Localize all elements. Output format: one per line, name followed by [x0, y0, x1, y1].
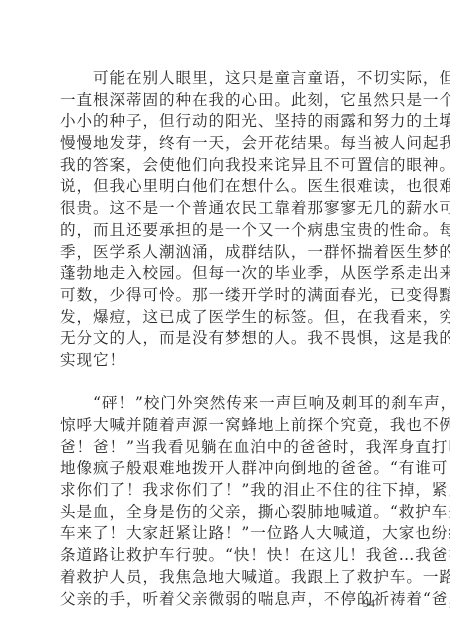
text-line: 实现它！	[60, 350, 396, 372]
text-line: 季，医学系人潮汹涌，成群结队，一群怀揣着医生梦的学子们朝气	[60, 242, 396, 264]
text-line: 发，爆痘，这已成了医学生的标签。但，在我看来，穷人并不是身	[60, 307, 396, 329]
text-line: 惊呼大喊并随着声源一窝蜂地上前探个究竟，我也不例外。“啊！	[60, 415, 396, 437]
text-line: 车来了！大家赶紧让路！”一位路人大喊道，大家也纷纷的让出一	[60, 523, 396, 545]
text-line: 小小的种子，但行动的阳光、坚持的雨露和努力的土壤，将会让它	[60, 111, 396, 133]
text-line: 无分文的人，而是没有梦想的人。我不畏惧，这是我的梦想，我要	[60, 328, 396, 350]
text-line: 慢慢地发芽，终有一天，会开花结果。每当被人问起我的梦想时，	[60, 133, 396, 155]
text-line: 很贵。这不是一个普通农民工靠着那寥寥无几的薪水可以负担得起	[60, 198, 396, 220]
text-line: 说，但我心里明白他们在想什么。医生很难读，也很难当，学费也	[60, 176, 396, 198]
text-line: “砰！”校门外突然传来一声巨响及刺耳的刹车声，路人们都	[60, 393, 396, 415]
paragraph-1: 可能在别人眼里，这只是童言童语，不切实际，但这个梦想 一直根深蒂固的种在我的心田…	[60, 68, 396, 372]
text-line: 我的答案，会使他们向我投来诧异且不可置信的眼神。他们嘴上不	[60, 155, 396, 177]
text-line: 条道路让救护车行驶。“快！快！在这儿！我爸…我爸在这儿！”看	[60, 545, 396, 567]
text-line: 蓬勃地走入校园。但每一次的毕业季，从医学系走出来的学生屈指	[60, 263, 396, 285]
text-line: 可数，少得可怜。那一缕开学时的满面春光，已变得黯然失色，脱	[60, 285, 396, 307]
book-page: 可能在别人眼里，这只是童言童语，不切实际，但这个梦想 一直根深蒂固的种在我的心田…	[0, 0, 450, 640]
text-line: 头是血，全身是伤的父亲，撕心裂肺地喊道。“救护车来了！救护	[60, 502, 396, 524]
text-line: 着救护人员，我焦急地大喊道。我跟上了救护车。一路上我紧握着	[60, 567, 396, 589]
text-line: 求你们了！我求你们了！”我的泪止不住的往下掉，紧紧的抱着满	[60, 480, 396, 502]
text-line: 一直根深蒂固的种在我的心田。此刻，它虽然只是一个想法，一颗	[60, 90, 396, 112]
body-text: 可能在别人眼里，这只是童言童语，不切实际，但这个梦想 一直根深蒂固的种在我的心田…	[60, 68, 396, 610]
page-number: 94	[363, 596, 375, 611]
text-line: 父亲的手，听着父亲微弱的喘息声，不停的祈祷着“爸，你一定会	[60, 589, 396, 611]
paragraph-2: “砰！”校门外突然传来一声巨响及刺耳的刹车声，路人们都 惊呼大喊并随着声源一窝蜂…	[60, 393, 396, 610]
text-line: 的，而且还要承担的是一个又一个病患宝贵的性命。每一次的开学	[60, 220, 396, 242]
text-line: 可能在别人眼里，这只是童言童语，不切实际，但这个梦想	[60, 68, 396, 90]
text-line: 爸！爸！”当我看见躺在血泊中的爸爸时，我浑身直打哆嗦，惊惧	[60, 437, 396, 459]
text-line: 地像疯子般艰难地拨开人群冲向倒地的爸爸。“有谁可以帮我？求	[60, 458, 396, 480]
